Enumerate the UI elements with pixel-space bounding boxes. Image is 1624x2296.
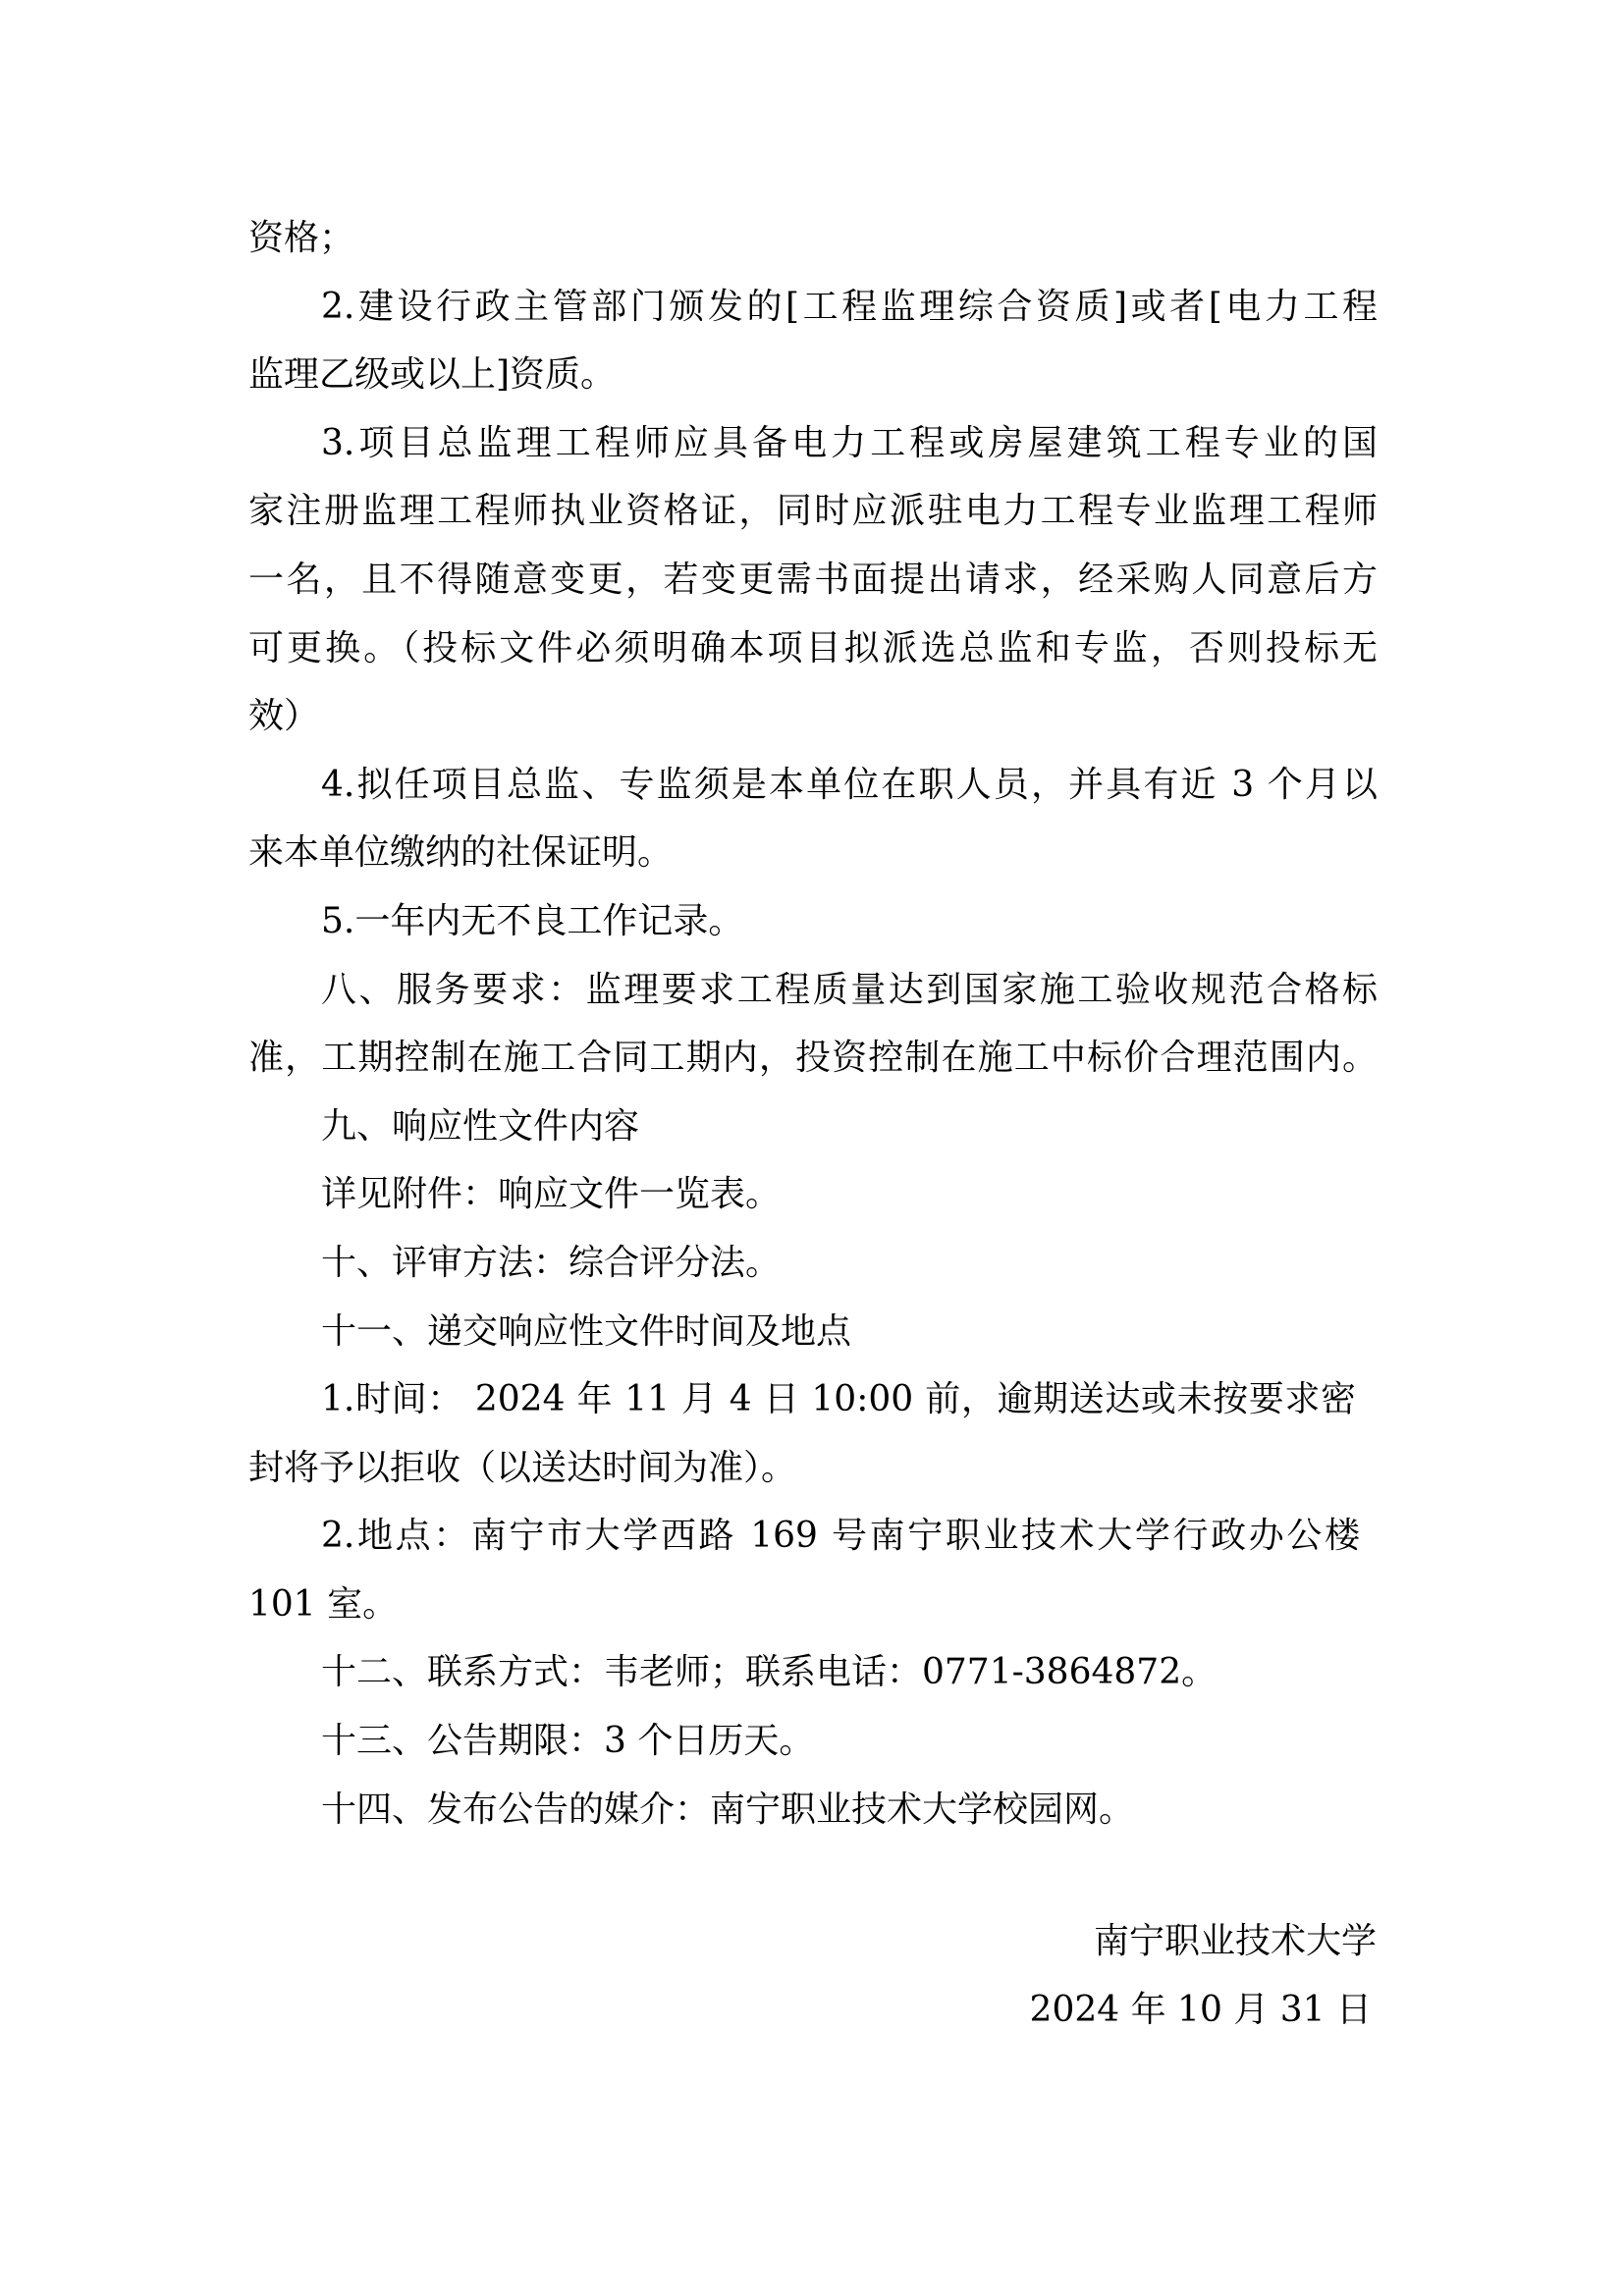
signature-date: 2024 年 10 月 31 日 xyxy=(1030,1976,1377,2045)
section-heading-line: 十、评审方法：综合评分法。 xyxy=(248,1229,1378,1298)
paragraph-section-11-submission: 十一、递交响应性文件时间及地点 xyxy=(248,1298,1378,1366)
text-line: 5.一年内无不良工作记录。 xyxy=(248,887,1378,956)
paragraph-section-9-detail: 详见附件：响应文件一览表。 xyxy=(248,1160,1378,1229)
section-heading-line: 十一、递交响应性文件时间及地点 xyxy=(248,1298,1378,1366)
text-line: 家注册监理工程师执业资格证，同时应派驻电力工程专业监理工程师 xyxy=(248,477,1378,546)
paragraph-item-3-chief-supervisor: 3.项目总监理工程师应具备电力工程或房屋建筑工程专业的国 家注册监理工程师执业资… xyxy=(248,409,1378,751)
text-line: 1.时间： 2024 年 11 月 4 日 10:00 前，逾期送达或未按要求密 xyxy=(248,1365,1378,1434)
text-line: 准，工期控制在施工合同工期内，投资控制在施工中标价合理范围内。 xyxy=(248,1024,1378,1093)
section-heading-line: 十二、联系方式：韦老师；联系电话：0771-3864872。 xyxy=(248,1638,1378,1707)
text-line: 封将予以拒收（以送达时间为准）。 xyxy=(248,1434,1378,1503)
text-line: 101 室。 xyxy=(248,1571,1378,1639)
paragraph-section-11-time: 1.时间： 2024 年 11 月 4 日 10:00 前，逾期送达或未按要求密… xyxy=(248,1365,1378,1502)
section-heading-line: 八、服务要求：监理要求工程质量达到国家施工验收规范合格标 xyxy=(248,956,1378,1025)
section-heading-line: 九、响应性文件内容 xyxy=(248,1093,1378,1161)
paragraph-section-9-response: 九、响应性文件内容 xyxy=(248,1093,1378,1161)
text-line: 2.建设行政主管部门颁发的[工程监理综合资质]或者[电力工程 xyxy=(248,273,1378,342)
paragraph-section-11-place: 2.地点：南宁市大学西路 169 号南宁职业技术大学行政办公楼 101 室。 xyxy=(248,1502,1378,1638)
text-line: 4.拟任项目总监、专监须是本单位在职人员，并具有近 3 个月以 xyxy=(248,751,1378,820)
text-line: 效） xyxy=(248,682,1378,751)
paragraph-qualification-tail: 资格； xyxy=(248,204,1378,273)
text-line: 一名，且不得随意变更，若变更需书面提出请求，经采购人同意后方 xyxy=(248,546,1378,614)
paragraph-item-2-qualification: 2.建设行政主管部门颁发的[工程监理综合资质]或者[电力工程 监理乙级或以上]资… xyxy=(248,273,1378,409)
signature-block: 南宁职业技术大学 2024 年 10 月 31 日 xyxy=(1030,1907,1377,2044)
section-heading-line: 十三、公告期限：3 个日历天。 xyxy=(248,1707,1378,1776)
paragraph-section-14-media: 十四、发布公告的媒介：南宁职业技术大学校园网。 xyxy=(248,1776,1378,1844)
paragraph-item-5-record: 5.一年内无不良工作记录。 xyxy=(248,887,1378,956)
paragraph-section-10-evaluation: 十、评审方法：综合评分法。 xyxy=(248,1229,1378,1298)
document-body: 资格； 2.建设行政主管部门颁发的[工程监理综合资质]或者[电力工程 监理乙级或… xyxy=(248,204,1378,1843)
text-line: 资格； xyxy=(248,204,1378,273)
section-heading-line: 十四、发布公告的媒介：南宁职业技术大学校园网。 xyxy=(248,1776,1378,1844)
paragraph-section-8-service: 八、服务要求：监理要求工程质量达到国家施工验收规范合格标 准，工期控制在施工合同… xyxy=(248,956,1378,1093)
text-line: 监理乙级或以上]资质。 xyxy=(248,341,1378,409)
document-page: 资格； 2.建设行政主管部门颁发的[工程监理综合资质]或者[电力工程 监理乙级或… xyxy=(0,0,1624,2296)
text-line: 可更换。（投标文件必须明确本项目拟派选总监和专监，否则投标无 xyxy=(248,614,1378,683)
paragraph-item-4-staff: 4.拟任项目总监、专监须是本单位在职人员，并具有近 3 个月以 来本单位缴纳的社… xyxy=(248,751,1378,887)
text-line: 来本单位缴纳的社保证明。 xyxy=(248,819,1378,887)
signature-organization: 南宁职业技术大学 xyxy=(1030,1907,1377,1976)
text-line: 2.地点：南宁市大学西路 169 号南宁职业技术大学行政办公楼 xyxy=(248,1502,1378,1571)
paragraph-section-13-period: 十三、公告期限：3 个日历天。 xyxy=(248,1707,1378,1776)
text-line: 3.项目总监理工程师应具备电力工程或房屋建筑工程专业的国 xyxy=(248,409,1378,478)
text-line: 详见附件：响应文件一览表。 xyxy=(248,1160,1378,1229)
paragraph-section-12-contact: 十二、联系方式：韦老师；联系电话：0771-3864872。 xyxy=(248,1638,1378,1707)
